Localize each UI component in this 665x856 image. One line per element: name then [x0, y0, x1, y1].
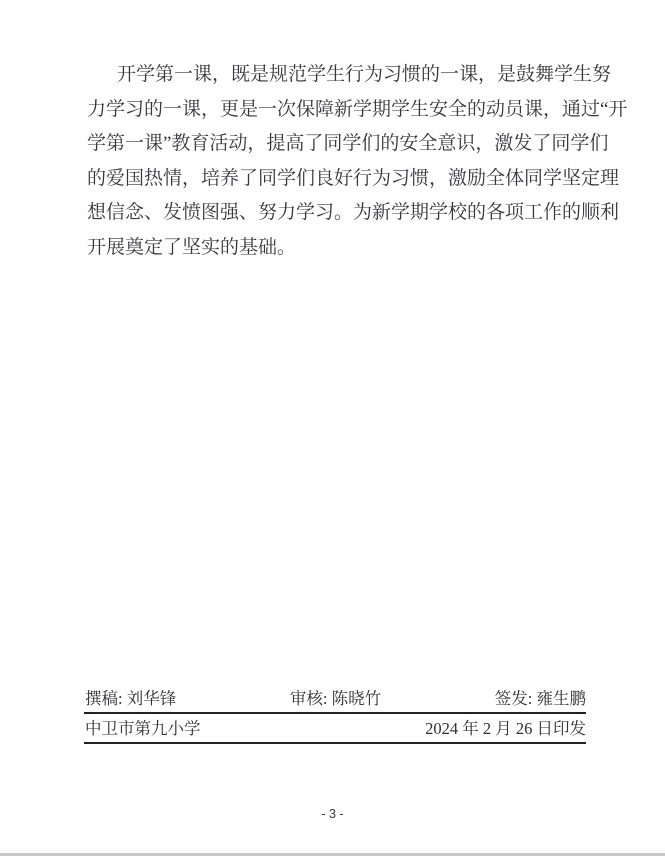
- issue-date: 2024 年 2 月 26 日印发: [425, 718, 586, 740]
- paragraph-line: 学第一课”教育活动，提高了同学们的安全意识，激发了同学们: [87, 127, 590, 162]
- signature-row: 撰稿: 刘华锋 审核: 陈晓竹 签发: 雍生鹏: [85, 689, 586, 709]
- paragraph-line: 开学第一课，既是规范学生行为习惯的一课，是鼓舞学生努: [87, 58, 590, 93]
- paragraph-line: 力学习的一课，更是一次保障新学期学生安全的动员课，通过“开: [87, 93, 590, 128]
- body-paragraph: 开学第一课，既是规范学生行为习惯的一课，是鼓舞学生努 力学习的一课，更是一次保障…: [87, 58, 590, 266]
- paragraph-line: 的爱国热情，培养了同学们良好行为习惯，激励全体同学坚定理: [87, 162, 590, 197]
- footer-divider-bottom: [84, 742, 586, 744]
- reviewer-credit: 审核: 陈晓竹: [290, 689, 381, 709]
- footer-divider-top: [84, 712, 586, 714]
- drafter-credit: 撰稿: 刘华锋: [85, 689, 176, 709]
- paragraph-line: 想信念、发愤图强、努力学习。为新学期学校的各项工作的顺利: [87, 196, 590, 231]
- issuer-credit: 签发: 雍生鹏: [495, 689, 586, 709]
- page-number: - 3 -: [0, 806, 665, 822]
- issuing-row: 中卫市第九小学 2024 年 2 月 26 日印发: [85, 718, 586, 740]
- paragraph-line: 开展奠定了坚实的基础。: [87, 231, 590, 266]
- organization-name: 中卫市第九小学: [85, 718, 201, 740]
- document-page: 开学第一课，既是规范学生行为习惯的一课，是鼓舞学生努 力学习的一课，更是一次保障…: [0, 0, 665, 856]
